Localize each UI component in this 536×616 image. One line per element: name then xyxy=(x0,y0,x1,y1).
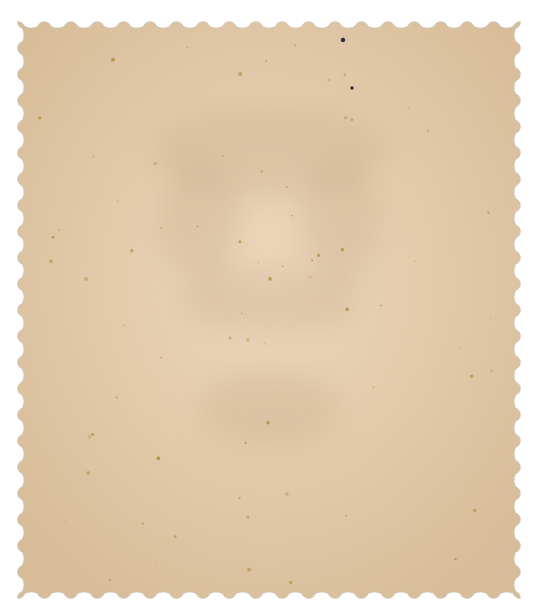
stamp-photo xyxy=(0,0,536,616)
stamp-back-image xyxy=(0,0,536,616)
paper-texture xyxy=(0,0,536,616)
